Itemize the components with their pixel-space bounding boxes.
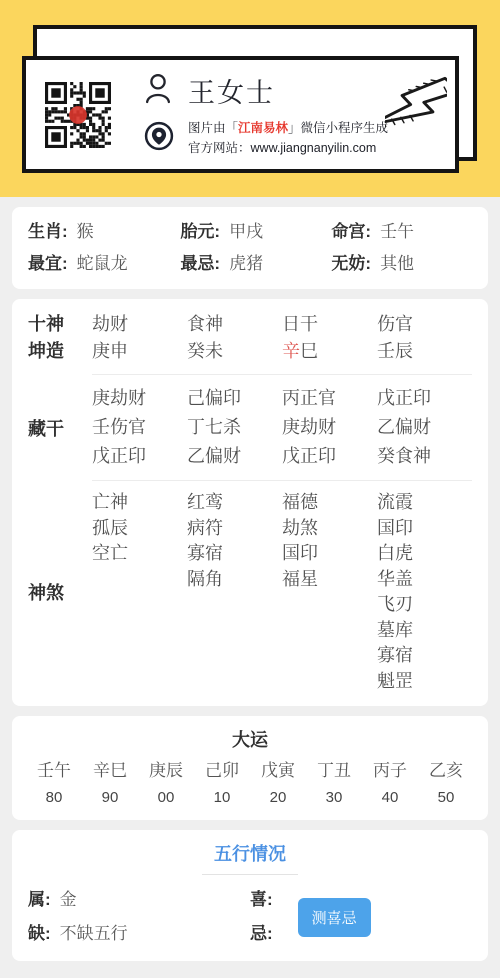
- summary-taiyuan: 胎元:甲戌: [180, 219, 331, 245]
- wuxing-ji: 忌:: [250, 921, 282, 947]
- owner-name: 王女士: [188, 71, 275, 110]
- dayun-column: 丙子40: [362, 760, 418, 808]
- canggan-month: 己偏印 丁七杀 乙偏财: [187, 384, 282, 471]
- wuxing-title: 五行情况: [28, 842, 472, 866]
- pillar-year: 劫财 庚申: [92, 311, 187, 365]
- pillar-day: 日干 辛巳: [282, 311, 377, 365]
- pillars-row: 十神 坤造 劫财 庚申 食神 癸未 日干 辛巳 伤官 壬辰: [28, 311, 472, 365]
- dayun-column: 己卯10: [194, 760, 250, 808]
- source-line: 图片由「江南易林」微信小程序生成: [188, 119, 388, 138]
- brand-name: 江南易林: [238, 121, 288, 135]
- canggan-row: 藏干 庚劫财 壬伤官 戊正印 己偏印 丁七杀 乙偏财 丙正官 庚劫财 戊正印: [28, 384, 472, 471]
- wuxing-que: 缺:不缺五行: [28, 921, 250, 947]
- shensha-year: 亡神 孤辰 空亡: [92, 490, 187, 694]
- summary-zuiyi: 最宜:蛇鼠龙: [28, 251, 180, 277]
- summary-shengxiao: 生肖:猴: [28, 219, 180, 245]
- website-line: 官方网站：www.jiangnanyilin.com: [188, 139, 388, 158]
- title-underline: [202, 874, 298, 875]
- pillar-hour: 伤官 壬辰: [377, 311, 472, 365]
- header-banner: 王女士 图片由「江南易林」微信小程序生成 官方网站：www.jiangnanyi…: [0, 0, 500, 197]
- summary-wufang: 无妨:其他: [331, 251, 472, 277]
- divider: [92, 480, 472, 481]
- shensha-day: 福德 劫煞 国印 福星: [282, 490, 377, 694]
- dayun-column: 壬午80: [26, 760, 82, 808]
- card-owner-block: 王女士 图片由「江南易林」微信小程序生成 官方网站：www.jiangnanyi…: [144, 71, 388, 158]
- divider: [92, 374, 472, 375]
- business-card: 王女士 图片由「江南易林」微信小程序生成 官方网站：www.jiangnanyi…: [22, 56, 459, 173]
- summary-card: 生肖:猴 胎元:甲戌 命宫:壬午 最宜:蛇鼠龙 最忌:虎猪 无妨:其他: [12, 207, 488, 289]
- row-header-canggan: 藏干: [28, 384, 92, 471]
- bazi-chart-card: 十神 坤造 劫财 庚申 食神 癸未 日干 辛巳 伤官 壬辰: [12, 299, 488, 706]
- row-header-shishen-kunzao: 十神 坤造: [28, 311, 92, 365]
- person-outline-icon: [144, 72, 172, 109]
- shensha-row: 神煞 亡神 孤辰 空亡 红鸾 病符 寡宿 隔角 福德 劫煞 国印 福星: [28, 490, 472, 694]
- dayun-column: 庚辰00: [138, 760, 194, 808]
- dayun-column: 丁丑30: [306, 760, 362, 808]
- website-url: www.jiangnanyilin.com: [251, 141, 377, 155]
- location-pin-icon: [144, 121, 174, 156]
- dayun-column: 乙亥50: [418, 760, 474, 808]
- shensha-hour: 流霞 国印 白虎 华盖 飞刃 墓库 寡宿 魁罡: [377, 490, 472, 694]
- dayun-column: 辛巳90: [82, 760, 138, 808]
- qr-code-icon: [45, 82, 111, 148]
- canggan-hour: 戊正印 乙偏财 癸食神: [377, 384, 472, 471]
- lightning-bolt-icon: [385, 65, 447, 145]
- day-stem: 辛: [282, 341, 300, 361]
- wuxing-shu: 属:金: [28, 887, 250, 913]
- wuxing-card: 五行情况 属:金 缺:不缺五行 喜: 忌: 测喜忌: [12, 830, 488, 961]
- dayun-column: 戊寅20: [250, 760, 306, 808]
- test-xiji-button[interactable]: 测喜忌: [298, 898, 371, 937]
- summary-zuiji: 最忌:虎猪: [180, 251, 331, 277]
- shensha-month: 红鸾 病符 寡宿 隔角: [187, 490, 282, 694]
- summary-minggong: 命宫:壬午: [331, 219, 472, 245]
- pillar-month: 食神 癸未: [187, 311, 282, 365]
- qr-red-seal: [69, 106, 87, 124]
- wuxing-xi: 喜:: [250, 887, 282, 913]
- dayun-card: 大运 壬午80 辛巳90 庚辰00 己卯10 戊寅20 丁丑30 丙子40 乙亥…: [12, 716, 488, 820]
- dayun-title: 大运: [26, 728, 474, 752]
- canggan-day: 丙正官 庚劫财 戊正印: [282, 384, 377, 471]
- row-header-shensha: 神煞: [28, 490, 92, 694]
- canggan-year: 庚劫财 壬伤官 戊正印: [92, 384, 187, 471]
